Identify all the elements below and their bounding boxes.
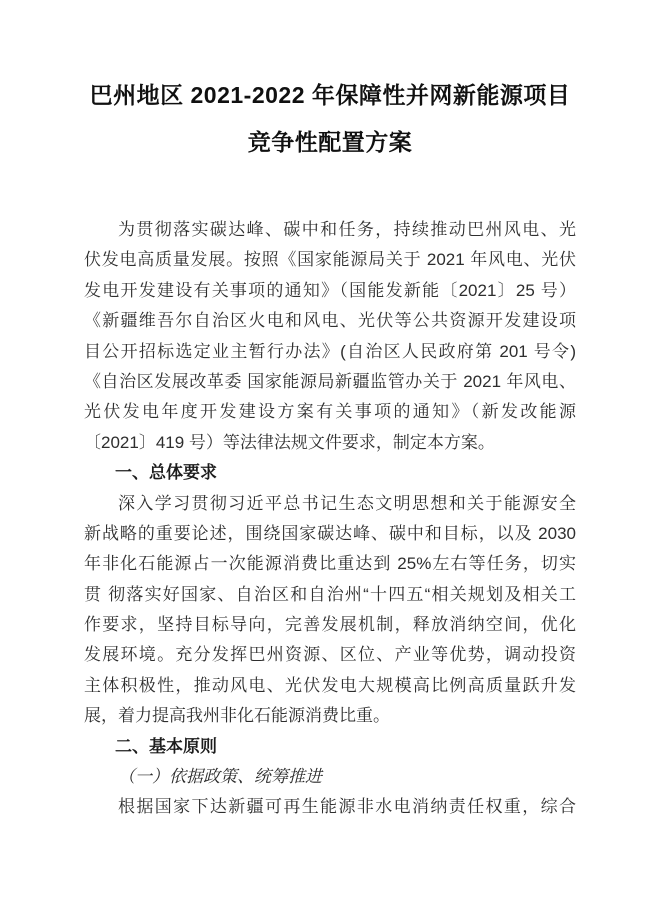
principle-1-subheading: （一）依据政策、统筹推进: [84, 762, 576, 792]
text-line: 发电开发建设有关事项的通知》（国能发新能〔2021〕25 号）: [84, 276, 576, 306]
text-line: 光伏发电年度开发建设方案有关事项的通知》（新发改能源: [84, 397, 576, 427]
document-body: 为贯彻落实碳达峰、碳中和任务，持续推动巴州风电、光伏发电高质量发展。按照《国家能…: [84, 215, 576, 823]
general-requirements-paragraph: 深入学习贯彻习近平总书记生态文明思想和关于能源安全新战略的重要论述，围绕国家碳达…: [84, 489, 576, 732]
text-line: （一）依据政策、统筹推进: [84, 762, 576, 792]
text-line: 〔2021〕419 号）等法律法规文件要求，制定本方案。: [84, 428, 576, 458]
text-line: 年非化石能源占一次能源消费比重达到 25%左右等任务，切实: [84, 549, 576, 579]
text-line: 主体积极性，推动风电、光伏发电大规模高比例高质量跃升发: [84, 671, 576, 701]
text-line: 二、基本原则: [84, 732, 576, 762]
section-1-heading: 一、总体要求: [84, 458, 576, 488]
document-content: 巴州地区 2021-2022 年保障性并网新能源项目竞争性配置方案 为贯彻落实碳…: [84, 72, 576, 823]
text-line: 伏发电高质量发展。按照《国家能源局关于 2021 年风电、光伏: [84, 245, 576, 275]
text-line: 目公开招标选定业主暂行办法》(自治区人民政府第 201 号令): [84, 337, 576, 367]
intro-paragraph: 为贯彻落实碳达峰、碳中和任务，持续推动巴州风电、光伏发电高质量发展。按照《国家能…: [84, 215, 576, 458]
title-line: 竞争性配置方案: [84, 119, 576, 166]
text-line: 《新疆维吾尔自治区火电和风电、光伏等公共资源开发建设项: [84, 306, 576, 336]
text-line: 展，着力提高我州非化石能源消费比重。: [84, 701, 576, 731]
text-line: 《自治区发展改革委 国家能源局新疆监管办关于 2021 年风电、: [84, 367, 576, 397]
text-line: 为贯彻落实碳达峰、碳中和任务，持续推动巴州风电、光: [84, 215, 576, 245]
title-line: 巴州地区 2021-2022 年保障性并网新能源项目: [84, 72, 576, 119]
text-line: 发展环境。充分发挥巴州资源、区位、产业等优势，调动投资: [84, 640, 576, 670]
document-page: 巴州地区 2021-2022 年保障性并网新能源项目竞争性配置方案 为贯彻落实碳…: [0, 0, 650, 919]
document-title: 巴州地区 2021-2022 年保障性并网新能源项目竞争性配置方案: [84, 72, 576, 166]
section-2-heading: 二、基本原则: [84, 732, 576, 762]
text-line: 根据国家下达新疆可再生能源非水电消纳责任权重，综合: [84, 792, 576, 822]
text-line: 新战略的重要论述，围绕国家碳达峰、碳中和目标，以及 2030: [84, 519, 576, 549]
text-line: 作要求，坚持目标导向，完善发展机制，释放消纳空间，优化: [84, 610, 576, 640]
principle-1-paragraph: 根据国家下达新疆可再生能源非水电消纳责任权重，综合: [84, 792, 576, 822]
text-line: 一、总体要求: [84, 458, 576, 488]
text-line: 深入学习贯彻习近平总书记生态文明思想和关于能源安全: [84, 489, 576, 519]
text-line: 贯 彻落实好国家、自治区和自治州“十四五“相关规划及相关工: [84, 580, 576, 610]
